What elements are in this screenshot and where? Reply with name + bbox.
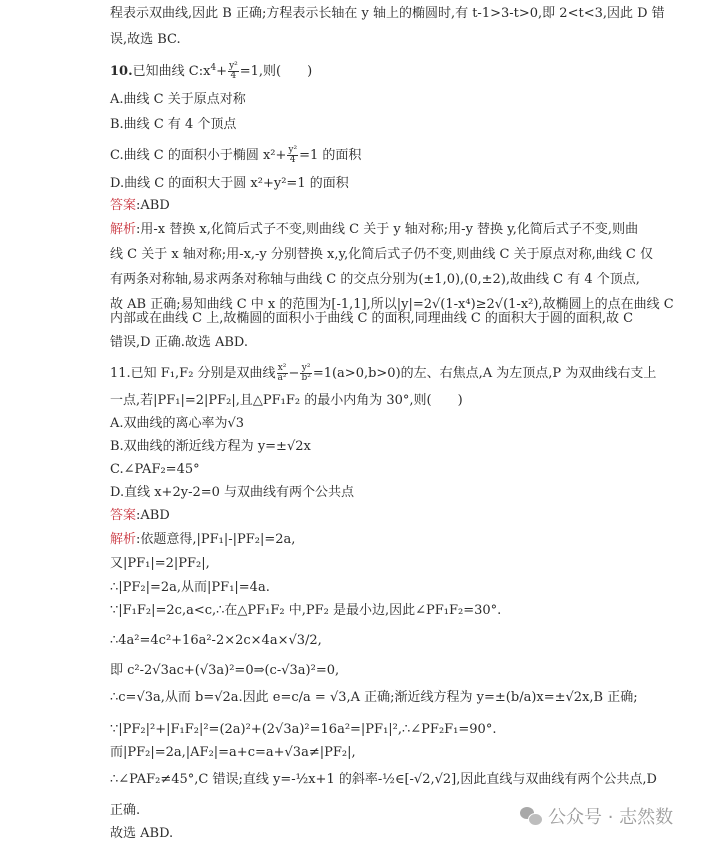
prev-solution-line-1: 程表示双曲线,因此 B 正确;方程表示长轴在 y 轴上的椭圆时,有 t-1>3-… xyxy=(110,6,665,22)
q11-analysis-line-1: 解析:依题意得,|PF₁|-|PF₂|=2a, xyxy=(110,532,295,548)
q10-option-a: A.曲线 C 关于原点对称 xyxy=(110,92,246,108)
analysis-label: 解析 xyxy=(110,532,136,547)
q11-analysis-line-8: ∵|PF₂|²+|F₁F₂|²=(2a)²+(2√3a)²=16a²=|PF₁|… xyxy=(110,722,496,738)
q11-analysis-line-4: ∵|F₁F₂|=2c,a<c,∴在△PF₁F₂ 中,PF₂ 是最小边,因此∠PF… xyxy=(110,603,501,619)
q11-analysis-line-5: ∴4a²=4c²+16a²-2×2c×4a×√3/2, xyxy=(110,633,322,649)
q11-analysis-line-12: 故选 ABD. xyxy=(110,826,173,842)
q11-analysis-line-6: 即 c²-2√3ac+(√3a)²=0⇒(c-√3a)²=0, xyxy=(110,663,339,679)
q11-analysis-line-7: ∴c=√3a,从而 b=√2a.因此 e=c/a = √3,A 正确;渐近线方程… xyxy=(110,690,638,706)
watermark: 公众号 · 志然数 xyxy=(520,803,673,829)
fraction: y²4 xyxy=(287,146,298,165)
q10-stem: 10.已知曲线 C:x4+y²4=1,则( ) xyxy=(110,60,312,81)
q11-analysis-line-2: 又|PF₁|=2|PF₂|, xyxy=(110,556,210,572)
q11-analysis-line-10: ∴∠PAF₂≠45°,C 错误;直线 y=-½x+1 的斜率-½∈[-√2,√2… xyxy=(110,772,657,788)
wechat-icon xyxy=(520,807,542,825)
answer-label: 答案 xyxy=(110,198,136,213)
q10-analysis-line-1: 解析:用-x 替换 x,化简后式子不变,则曲线 C 关于 y 轴对称;用-y 替… xyxy=(110,222,638,238)
q10-option-d: D.曲线 C 的面积大于圆 x²+y²=1 的面积 xyxy=(110,176,349,192)
q11-analysis-line-9: 而|PF₂|=2a,|AF₂|=a+c=a+√3a≠|PF₂|, xyxy=(110,745,356,761)
q11-answer: 答案:ABD xyxy=(110,508,170,524)
fraction: y²4 xyxy=(228,62,239,81)
q11-option-d: D.直线 x+2y-2=0 与双曲线有两个公共点 xyxy=(110,485,354,501)
q10-option-c: C.曲线 C 的面积小于椭圆 x²+y²4=1 的面积 xyxy=(110,146,361,165)
q11-option-c: C.∠PAF₂=45° xyxy=(110,462,200,478)
q11-option-a: A.双曲线的离心率为√3 xyxy=(110,416,244,432)
q10-analysis-line-5: 内部或在曲线 C 上,故椭圆的面积小于曲线 C 的面积,同理曲线 C 的面积大于… xyxy=(110,311,633,327)
q10-number: 10. xyxy=(110,64,133,79)
prev-solution-line-2: 误,故选 BC. xyxy=(110,32,181,48)
q10-answer: 答案:ABD xyxy=(110,198,170,214)
q11-analysis-line-11: 正确. xyxy=(110,803,140,819)
q10-analysis-line-2: 线 C 关于 x 轴对称;用-x,-y 分别替换 x,y,化简后式子仍不变,则曲… xyxy=(110,247,653,263)
q10-option-b: B.曲线 C 有 4 个顶点 xyxy=(110,117,236,133)
q10-analysis-line-3: 有两条对称轴,易求两条对称轴与曲线 C 的交点分别为(±1,0),(0,±2),… xyxy=(110,272,640,288)
q11-stem-line-1: 11.已知 F₁,F₂ 分别是双曲线x²a²−y²b²=1(a>0,b>0)的左… xyxy=(110,364,656,383)
q11-stem-line-2: 一点,若|PF₁|=2|PF₂|,且△PF₁F₂ 的最小内角为 30°,则( ) xyxy=(110,393,463,409)
analysis-label: 解析 xyxy=(110,222,136,237)
q11-option-b: B.双曲线的渐近线方程为 y=±√2x xyxy=(110,439,311,455)
fraction: y²b² xyxy=(300,364,311,383)
q11-analysis-line-3: ∴|PF₂|=2a,从而|PF₁|=4a. xyxy=(110,580,270,596)
answer-label: 答案 xyxy=(110,508,136,523)
watermark-text: 公众号 · 志然数 xyxy=(548,803,673,829)
q10-analysis-line-6: 错误,D 正确.故选 ABD. xyxy=(110,335,248,351)
fraction: x²a² xyxy=(277,364,288,383)
